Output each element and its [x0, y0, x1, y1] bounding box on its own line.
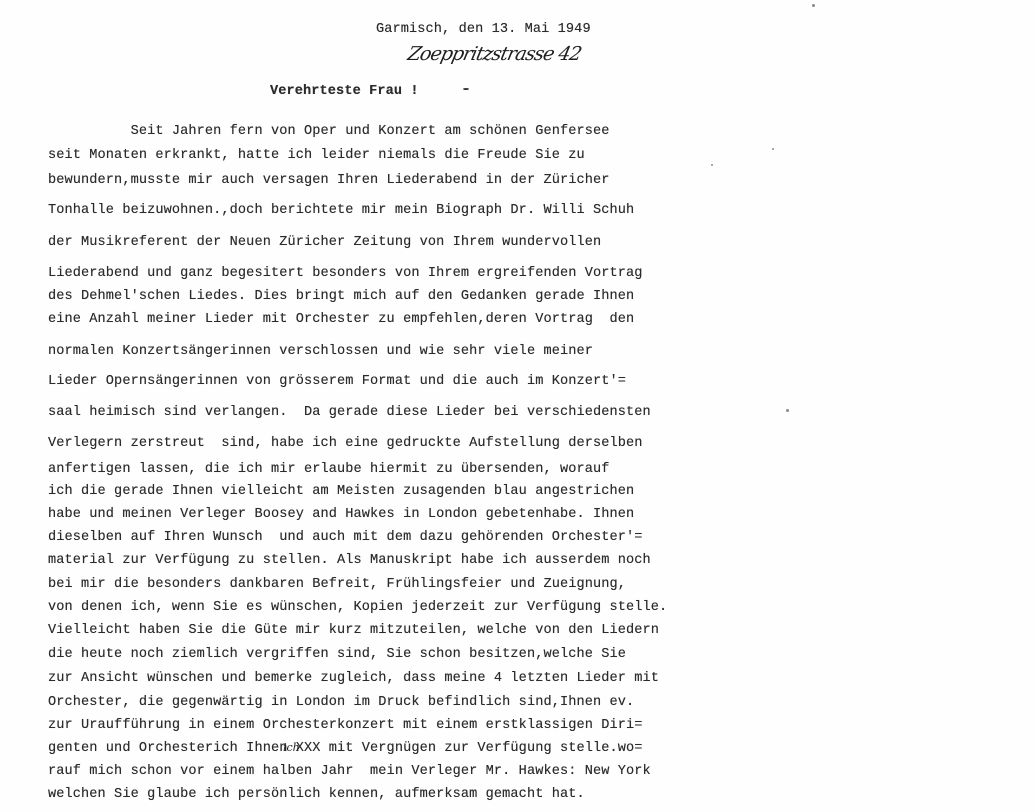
body-line: ich die gerade Ihnen vielleicht am Meist… [48, 484, 634, 500]
scan-speck [772, 148, 774, 150]
body-line: dieselben auf Ihren Wunsch und auch mit … [48, 530, 643, 546]
interlinear-correction: ich [283, 741, 300, 754]
body-line: zur Uraufführung in einem Orchesterkonze… [48, 718, 643, 734]
body-line: bewundern,musste mir auch versagen Ihren… [48, 173, 610, 189]
body-line: genten und Orchesterich Ihnen XXX mit Ve… [48, 741, 643, 757]
body-line: welchen Sie glaube ich persönlich kennen… [48, 787, 585, 803]
body-line: seit Monaten erkrankt, hatte ich leider … [48, 148, 585, 164]
body-line: bei mir die besonders dankbaren Befreit,… [48, 577, 626, 593]
scan-speck [711, 164, 713, 166]
body-line: Tonhalle beizuwohnen.,doch berichtete mi… [48, 203, 634, 219]
body-line: anfertigen lassen, die ich mir erlaube h… [48, 462, 610, 478]
body-line: material zur Verfügung zu stellen. Als M… [48, 553, 651, 569]
body-line: habe und meinen Verleger Boosey and Hawk… [48, 507, 634, 523]
body-line: Verlegern zerstreut sind, habe ich eine … [48, 436, 643, 452]
body-line: saal heimisch sind verlangen. Da gerade … [48, 405, 651, 421]
handwritten-address: Zoeppritzstrasse 42 [406, 43, 583, 65]
scan-speck [786, 409, 789, 412]
scan-mark [463, 88, 469, 90]
body-line: Orchester, die gegenwärtig in London im … [48, 695, 634, 711]
body-line: eine Anzahl meiner Lieder mit Orchester … [48, 312, 634, 328]
body-line: des Dehmel'schen Liedes. Dies bringt mic… [48, 289, 634, 305]
body-line: rauf mich schon vor einem halben Jahr me… [48, 764, 651, 780]
body-line: der Musikreferent der Neuen Züricher Zei… [48, 235, 601, 251]
scan-speck [812, 4, 815, 7]
body-line: Lieder Opernsängerinnen von grösserem Fo… [48, 374, 626, 390]
body-line: Seit Jahren fern von Oper und Konzert am… [48, 124, 610, 140]
body-line: die heute noch ziemlich vergriffen sind,… [48, 647, 626, 663]
body-line: normalen Konzertsängerinnen verschlossen… [48, 344, 593, 360]
body-line: von denen ich, wenn Sie es wünschen, Kop… [48, 600, 667, 616]
body-line: zur Ansicht wünschen und bemerke zugleic… [48, 671, 659, 687]
salutation: Verehrteste Frau ! [270, 84, 419, 100]
body-line: Vielleicht haben Sie die Güte mir kurz m… [48, 623, 659, 639]
body-line: Liederabend und ganz begesitert besonder… [48, 266, 643, 282]
letter-page: Garmisch, den 13. Mai 1949 Zoeppritzstra… [0, 0, 1035, 812]
date-line: Garmisch, den 13. Mai 1949 [376, 22, 591, 38]
